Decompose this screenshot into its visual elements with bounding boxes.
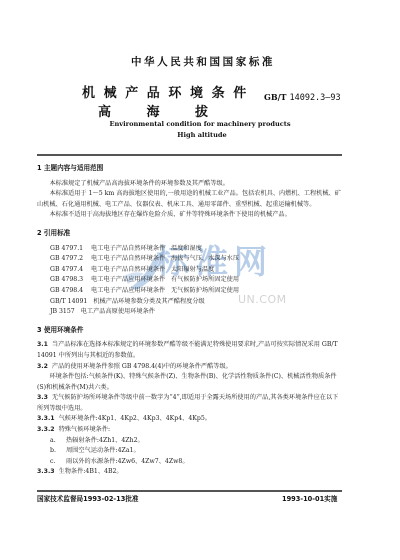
sub-item: c.雨以外的水源条件:4Zw6、4Zw7、4Zw8。 — [37, 457, 343, 468]
english-subtitle: High altitude — [0, 131, 400, 139]
ref-subtitle: 无气候防护场所固定使用 — [171, 286, 239, 297]
ref-code: GB 4798.4 — [50, 286, 91, 297]
national-standard-label: 中华人民共和国国家标准 — [0, 54, 400, 69]
clause: 3.3.3 生物条件:4B1、4B2。 — [37, 467, 343, 478]
clause: 3.3 无气候防护场所环境条件等级中前一数字为“4”,即适用于全露天场所使用的产… — [37, 393, 343, 414]
clause-text: 环境条件包括:气候条件(K)、特殊气候条件(Z)、生物条件(B)、化学活性物质条… — [37, 373, 337, 391]
reference-item: GB 4798.3电工电子产品应用环境条件有气候防护场所固定使用 — [37, 275, 343, 286]
clause-text: 当产品标准在选择本标准规定的环境参数严酷等级不能满足特殊使用要求时,产品可按实际… — [37, 341, 338, 359]
ref-title: 电工电子产品自然环境条件 — [91, 265, 171, 276]
ref-code: GB 4797.1 — [50, 244, 91, 255]
document-title-line1: 机械产品环境条件 — [82, 82, 255, 101]
sub-item-text: 热辐射条件:4Zh1、4Zh2。 — [66, 436, 144, 447]
sub-item-label: b. — [50, 446, 66, 457]
clause-text: 特殊气候环境条件: — [59, 426, 111, 433]
ref-code: GB 4797.2 — [50, 254, 91, 265]
top-divider — [37, 154, 342, 156]
standard-prefix: GB/T — [264, 92, 286, 102]
sub-item: b.周围空气运动条件:4Za1。 — [37, 446, 343, 457]
paragraph: 本标准适用于 1～5 km 高海拔地区使用的,一般用途的机械工业产品。包括农机具… — [37, 189, 343, 210]
clause-text: 产品的使用环境条件参照 GB 4798.4(4)中的环境条件严酷等级。 — [52, 363, 232, 370]
clause-number: 3.3.3 — [37, 468, 55, 475]
clause-number: 3.3.2 — [37, 426, 55, 433]
clause-text: 气候环境条件:4Kp1、4Kp2、4Kp3、4Kp4、4Kp5。 — [59, 415, 211, 422]
section-heading: 2 引用标准 — [37, 228, 343, 239]
ref-title: 电工电子产品自然环境条件 — [91, 244, 171, 255]
sub-item-text: 周围空气运动条件:4Za1。 — [66, 446, 140, 457]
approval-date: 国家技术监督局1993-02-13批准 — [37, 493, 139, 503]
clause-number: 3.3.1 — [37, 415, 55, 422]
ref-code: GB/T 14091 — [50, 297, 87, 308]
reference-item: GB 4798.4电工电子产品应用环境条件无气候防护场所固定使用 — [37, 286, 343, 297]
clause-number: 3.1 — [37, 341, 48, 348]
reference-item: GB 4797.1电工电子产品自然环境条件温度和湿度 — [37, 244, 343, 255]
clause-text: 生物条件:4B1、4B2。 — [59, 468, 123, 475]
sub-item-label: c. — [50, 457, 66, 468]
bottom-divider — [37, 490, 342, 492]
english-title: Environmental condition for machinery pr… — [0, 120, 400, 128]
clause-number: 3.3 — [37, 394, 48, 401]
paragraph: 本标准不适用于高海拔地区存在爆炸危险介质、矿井等特殊环境条件下使用的机械产品。 — [37, 210, 343, 221]
standard-code: 14092.3—93 — [289, 93, 340, 103]
clause: 环境条件包括:气候条件(K)、特殊气候条件(Z)、生物条件(B)、化学活性物质条… — [37, 372, 343, 393]
clause-number: 3.2 — [37, 363, 48, 370]
ref-title: 电工电子产品自然环境条件 — [91, 254, 171, 265]
ref-title: 机械产品环境参数分类及其严酷程度分级 — [93, 297, 204, 308]
clause-text: 无气候防护场所环境条件等级中前一数字为“4”,即适用于全露天场所使用的产品,其各… — [37, 394, 338, 412]
paragraph: 本标准规定了机械产品高海拔环境条件的环境参数及其严酷等级。 — [37, 179, 343, 190]
clause: 3.3.2 特殊气候环境条件: — [37, 425, 343, 436]
ref-code: JB 3157 — [50, 307, 75, 318]
ref-code: GB 4797.4 — [50, 265, 91, 276]
ref-subtitle: 海拔与气压、水深与水压 — [171, 254, 239, 265]
ref-title: 电工产品高原使用环境条件 — [81, 307, 155, 318]
clause: 3.2 产品的使用环境条件参照 GB 4798.4(4)中的环境条件严酷等级。 — [37, 362, 343, 373]
title2-char: 拔 — [195, 101, 208, 120]
ref-title: 电工电子产品应用环境条件 — [91, 286, 171, 297]
reference-item: JB 3157电工产品高原使用环境条件 — [37, 307, 343, 318]
title2-char: 高 — [98, 101, 111, 120]
reference-item: GB 4797.2电工电子产品自然环境条件海拔与气压、水深与水压 — [37, 254, 343, 265]
ref-code: GB 4798.3 — [50, 275, 91, 286]
title2-char: 海 — [146, 101, 159, 120]
section-heading: 1 主题内容与适用范围 — [37, 163, 343, 174]
ref-title: 电工电子产品应用环境条件 — [91, 275, 171, 286]
reference-item: GB/T 14091机械产品环境参数分类及其严酷程度分级 — [37, 297, 343, 308]
ref-subtitle: 太阳辐射与温度 — [171, 265, 214, 276]
document-title-line2: 高 海 拔 — [98, 101, 208, 120]
document-body: 1 主题内容与适用范围 本标准规定了机械产品高海拔环境条件的环境参数及其严酷等级… — [37, 163, 343, 478]
ref-subtitle: 有气候防护场所固定使用 — [171, 275, 239, 286]
clause: 3.1 当产品标准在选择本标准规定的环境参数严酷等级不能满足特殊使用要求时,产品… — [37, 340, 343, 361]
clause: 3.3.1 气候环境条件:4Kp1、4Kp2、4Kp3、4Kp4、4Kp5。 — [37, 414, 343, 425]
sub-item-text: 雨以外的水源条件:4Zw6、4Zw7、4Zw8。 — [66, 457, 189, 468]
implementation-date: 1993-10-01实施 — [282, 493, 337, 503]
sub-item: a.热辐射条件:4Zh1、4Zh2。 — [37, 436, 343, 447]
section-heading: 3 使用环境条件 — [37, 325, 343, 336]
standard-number: GB/T14092.3—93 — [264, 92, 341, 103]
ref-subtitle: 温度和湿度 — [171, 244, 202, 255]
sub-item-label: a. — [50, 436, 66, 447]
reference-item: GB 4797.4电工电子产品自然环境条件太阳辐射与温度 — [37, 265, 343, 276]
